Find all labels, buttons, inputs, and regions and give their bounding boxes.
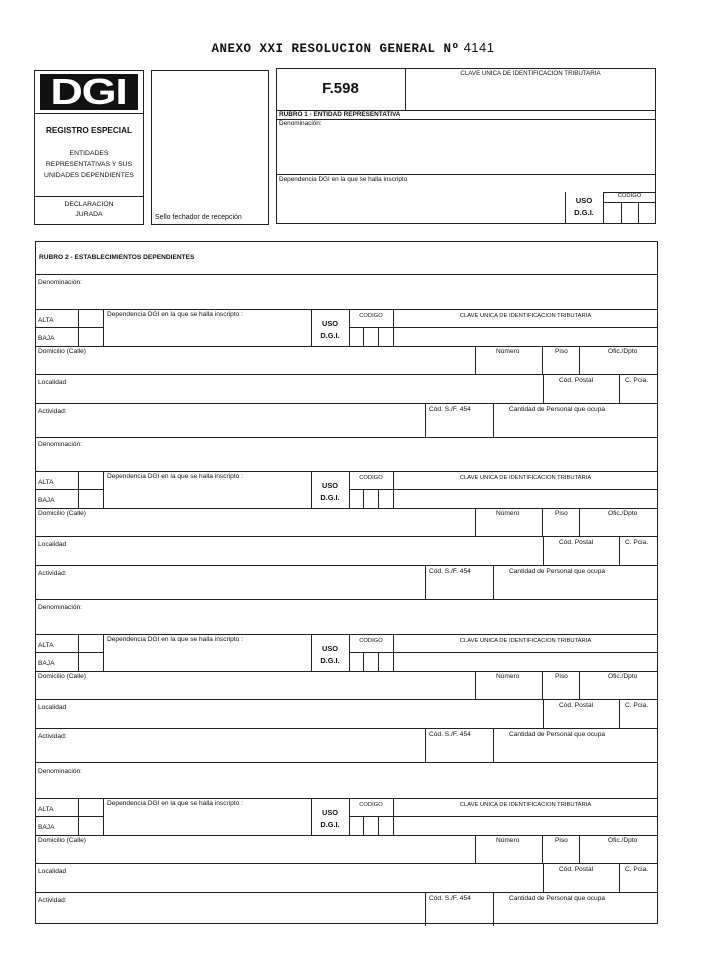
denominacion-label: Denominación: — [38, 441, 82, 448]
cuit-input[interactable] — [397, 329, 656, 346]
divider — [543, 374, 544, 403]
numero-input[interactable] — [479, 519, 543, 537]
establishment-block-4: Denominación: ALTA BAJA Dependencia DGI … — [35, 764, 658, 928]
divider — [35, 728, 658, 729]
numero-label: Número — [496, 348, 519, 355]
personal-label: Cantidad de Personal que ocupa — [509, 895, 605, 902]
actividad-input[interactable] — [39, 740, 423, 758]
codigo-label: CODIGO — [349, 475, 393, 481]
divider — [475, 346, 476, 374]
divider — [493, 565, 494, 599]
establishment-block-2: Denominación: ALTA BAJA Dependencia DGI … — [35, 437, 658, 601]
localidad-input[interactable] — [39, 710, 543, 728]
personal-input[interactable] — [497, 578, 656, 596]
divider — [34, 113, 144, 114]
numero-label: Número — [496, 510, 519, 517]
divider — [475, 508, 476, 536]
divider — [349, 816, 658, 817]
denominacion-label: Denominación: — [38, 768, 82, 775]
denominacion-input[interactable] — [39, 289, 655, 309]
domicilio-input[interactable] — [39, 682, 473, 700]
personal-input[interactable] — [497, 416, 656, 434]
divider — [542, 508, 543, 536]
codigo-label: CODIGO — [349, 313, 393, 319]
divider — [35, 892, 658, 893]
cod-sf-input[interactable] — [428, 905, 494, 923]
divider — [475, 671, 476, 699]
rubro1-denominacion-label: Denominación: — [279, 120, 322, 127]
cod-postal-label: Cód. Postal — [559, 377, 593, 384]
domicilio-label: Domicilio (Calle) — [38, 673, 86, 680]
title-prefix: ANEXO XXI RESOLUCION GENERAL Nº — [212, 42, 460, 56]
piso-input[interactable] — [545, 846, 581, 864]
divider — [35, 835, 658, 836]
dgi-label: D.G.I. — [311, 493, 349, 502]
cod-pcia-label: C. Pcia. — [625, 866, 648, 873]
divider — [493, 403, 494, 437]
divider — [35, 863, 658, 864]
cod-pcia-input[interactable] — [622, 548, 658, 565]
divider — [542, 346, 543, 374]
divider — [349, 489, 658, 490]
divider — [378, 327, 379, 346]
cod-postal-input[interactable] — [546, 711, 620, 728]
divider — [276, 119, 656, 120]
alta-checkbox[interactable] — [79, 472, 103, 489]
cod-postal-label: Cód. Postal — [559, 702, 593, 709]
divider — [378, 489, 379, 508]
divider — [35, 798, 658, 799]
dependencia-input[interactable] — [107, 647, 311, 671]
divider — [349, 327, 658, 328]
actividad-label: Actividad: — [38, 570, 67, 577]
divider — [579, 508, 580, 536]
divider — [363, 327, 364, 346]
divider — [35, 374, 658, 375]
personal-label: Cantidad de Personal que ocupa — [509, 568, 605, 575]
title-number: 4141 — [464, 40, 495, 55]
numero-label: Número — [496, 837, 519, 844]
divider — [103, 309, 104, 346]
domicilio-input[interactable] — [39, 846, 473, 864]
divider — [35, 471, 658, 472]
piso-input[interactable] — [545, 519, 581, 537]
divider — [425, 403, 426, 437]
divider — [35, 309, 658, 310]
rubro1-denominacion-input[interactable] — [280, 130, 654, 174]
divider — [638, 202, 639, 224]
alta-checkbox[interactable] — [79, 799, 103, 816]
rubro1-dependencia-input[interactable] — [280, 188, 564, 220]
divider — [542, 835, 543, 863]
actividad-label: Actividad: — [38, 897, 67, 904]
cod-sf-label: Cód. S./F. 454 — [429, 895, 471, 902]
document-title: ANEXO XXI RESOLUCION GENERAL Nº4141 — [0, 40, 706, 56]
rubro2-heading: RUBRO 2 - ESTABLECIMIENTOS DEPENDIENTES — [39, 254, 194, 261]
numero-label: Número — [496, 673, 519, 680]
cuit-input[interactable] — [397, 491, 656, 508]
alta-label: ALTA — [38, 317, 54, 324]
dependencia-label: Dependencia DGI en la que se halla inscr… — [107, 473, 243, 480]
cod-sf-input[interactable] — [428, 741, 494, 759]
divider — [35, 508, 658, 509]
divider — [543, 863, 544, 892]
divider — [619, 699, 620, 728]
uso-label: USO — [311, 808, 349, 817]
divider — [35, 699, 658, 700]
divider — [35, 536, 658, 537]
baja-label: BAJA — [38, 660, 55, 667]
denominacion-input[interactable] — [39, 778, 655, 798]
piso-label: Piso — [555, 510, 568, 517]
divider — [425, 728, 426, 762]
baja-label: BAJA — [38, 824, 55, 831]
cod-postal-input[interactable] — [546, 386, 620, 403]
cod-postal-input[interactable] — [546, 548, 620, 565]
divider — [619, 863, 620, 892]
rubro1-codigo-label: CODIGO — [603, 193, 656, 199]
actividad-input[interactable] — [39, 577, 423, 595]
piso-label: Piso — [555, 673, 568, 680]
baja-label: BAJA — [38, 497, 55, 504]
oficina-label: Ofic./Dpto — [608, 348, 637, 355]
oficina-label: Ofic./Dpto — [608, 673, 637, 680]
declaration-line-2: JURADA — [34, 211, 144, 218]
denominacion-label: Denominación: — [38, 279, 82, 286]
divider — [603, 202, 656, 203]
cuit-input[interactable] — [397, 818, 656, 835]
numero-input[interactable] — [479, 682, 543, 700]
divider — [363, 652, 364, 671]
divider — [619, 374, 620, 403]
baja-checkbox[interactable] — [79, 490, 103, 507]
personal-label: Cantidad de Personal que ocupa — [509, 731, 605, 738]
numero-input[interactable] — [479, 846, 543, 864]
denominacion-input[interactable] — [39, 451, 655, 471]
piso-label: Piso — [555, 837, 568, 844]
cod-sf-input[interactable] — [428, 416, 494, 434]
cod-sf-label: Cód. S./F. 454 — [429, 731, 471, 738]
personal-label: Cantidad de Personal que ocupa — [509, 406, 605, 413]
dependencia-input[interactable] — [107, 322, 311, 346]
dependencia-input[interactable] — [107, 811, 311, 835]
uso-label: USO — [311, 319, 349, 328]
cuit-label: CLAVE UNICA DE IDENTIFICACION TRIBUTARIA — [393, 638, 658, 644]
establishment-block-3: Denominación: ALTA BAJA Dependencia DGI … — [35, 600, 658, 764]
divider — [493, 728, 494, 762]
cuit-label: CLAVE UNICA DE IDENTIFICACION TRIBUTARIA — [393, 313, 658, 319]
divider — [363, 489, 364, 508]
cod-pcia-label: C. Pcia. — [625, 377, 648, 384]
divider — [425, 565, 426, 599]
divider — [35, 762, 658, 763]
divider — [579, 346, 580, 374]
codigo-label: CODIGO — [349, 638, 393, 644]
localidad-input[interactable] — [39, 547, 543, 565]
establishment-block-1: Denominación: ALTA BAJA Dependencia DGI … — [35, 275, 658, 439]
dependencia-input[interactable] — [107, 484, 311, 508]
divider — [543, 536, 544, 565]
domicilio-label: Domicilio (Calle) — [38, 348, 86, 355]
cod-pcia-input[interactable] — [622, 875, 658, 892]
divider — [276, 174, 656, 175]
cod-pcia-label: C. Pcia. — [625, 539, 648, 546]
divider — [579, 671, 580, 699]
cuit-label: CLAVE UNICA DE IDENTIFICACION TRIBUTARIA — [393, 802, 658, 808]
divider — [543, 699, 544, 728]
cod-pcia-label: C. Pcia. — [625, 702, 648, 709]
personal-input[interactable] — [497, 905, 656, 923]
dependencia-label: Dependencia DGI en la que se halla inscr… — [107, 311, 243, 318]
baja-checkbox[interactable] — [79, 817, 103, 834]
cuit-input[interactable] — [397, 654, 656, 671]
divider — [35, 403, 658, 404]
rubro1-heading: RUBRO 1 - ENTIDAD REPRESENTATIVA — [279, 111, 400, 118]
oficina-input[interactable] — [583, 682, 657, 700]
divider — [425, 892, 426, 926]
oficina-input[interactable] — [583, 519, 657, 537]
cuit-input[interactable] — [410, 82, 654, 108]
cod-postal-input[interactable] — [546, 875, 620, 892]
divider — [475, 835, 476, 863]
divider — [621, 202, 622, 224]
piso-input[interactable] — [545, 682, 581, 700]
domicilio-input[interactable] — [39, 357, 473, 375]
domicilio-label: Domicilio (Calle) — [38, 510, 86, 517]
divider — [363, 816, 364, 835]
uso-label: USO — [311, 644, 349, 653]
cuit-label: CLAVE UNICA DE IDENTIFICACION TRIBUTARIA — [393, 475, 658, 481]
baja-label: BAJA — [38, 335, 55, 342]
divider — [378, 652, 379, 671]
actividad-label: Actividad: — [38, 408, 67, 415]
cod-sf-label: Cód. S./F. 454 — [429, 568, 471, 575]
oficina-input[interactable] — [583, 846, 657, 864]
registry-subtitle-1: ENTIDADES — [34, 150, 144, 157]
baja-checkbox[interactable] — [79, 328, 103, 345]
divider — [103, 798, 104, 835]
dependencia-label: Dependencia DGI en la que se halla inscr… — [107, 636, 243, 643]
registry-title: REGISTRO ESPECIAL — [34, 126, 144, 135]
divider — [619, 536, 620, 565]
divider — [34, 196, 144, 197]
stamp-label: Sello fechador de recepción — [155, 214, 242, 221]
form-code: F.598 — [276, 80, 405, 97]
registry-subtitle-2: REPRESENTATIVAS Y SUS — [34, 161, 144, 168]
divider — [35, 634, 658, 635]
oficina-label: Ofic./Dpto — [608, 837, 637, 844]
localidad-input[interactable] — [39, 385, 543, 403]
codigo-label: CODIGO — [349, 802, 393, 808]
divider — [349, 652, 658, 653]
alta-checkbox[interactable] — [79, 310, 103, 327]
dependencia-label: Dependencia DGI en la que se halla inscr… — [107, 800, 243, 807]
oficina-label: Ofic./Dpto — [608, 510, 637, 517]
baja-checkbox[interactable] — [79, 653, 103, 670]
cuit-label: CLAVE UNICA DE IDENTIFICACION TRIBUTARIA — [405, 70, 656, 77]
piso-label: Piso — [555, 348, 568, 355]
numero-input[interactable] — [479, 357, 543, 375]
piso-input[interactable] — [545, 357, 581, 375]
actividad-input[interactable] — [39, 904, 423, 922]
cod-sf-input[interactable] — [428, 578, 494, 596]
divider — [378, 816, 379, 835]
cod-postal-label: Cód. Postal — [559, 539, 593, 546]
divider — [103, 634, 104, 671]
rubro1-uso-label: USO — [565, 196, 603, 205]
personal-input[interactable] — [497, 741, 656, 759]
denominacion-label: Denominación: — [38, 604, 82, 611]
alta-label: ALTA — [38, 479, 54, 486]
dgi-label: D.G.I. — [311, 820, 349, 829]
domicilio-input[interactable] — [39, 519, 473, 537]
dgi-label: D.G.I. — [311, 331, 349, 340]
divider — [493, 892, 494, 926]
cod-pcia-input[interactable] — [622, 711, 658, 728]
actividad-input[interactable] — [39, 415, 423, 433]
rubro1-dgi-label: D.G.I. — [565, 208, 603, 217]
registry-subtitle-3: UNIDADES DEPENDIENTES — [34, 172, 144, 179]
oficina-input[interactable] — [583, 357, 657, 375]
divider — [35, 565, 658, 566]
alta-label: ALTA — [38, 806, 54, 813]
rubro1-dependencia-label: Dependencia DGI en la que se halla inscr… — [279, 176, 407, 183]
divider — [103, 471, 104, 508]
cod-postal-label: Cód. Postal — [559, 866, 593, 873]
divider — [542, 671, 543, 699]
reception-stamp-box — [151, 70, 269, 225]
cod-sf-label: Cód. S./F. 454 — [429, 406, 471, 413]
denominacion-input[interactable] — [39, 614, 655, 634]
domicilio-label: Domicilio (Calle) — [38, 837, 86, 844]
uso-label: USO — [311, 481, 349, 490]
divider — [579, 835, 580, 863]
divider — [35, 346, 658, 347]
alta-label: ALTA — [38, 642, 54, 649]
divider — [35, 671, 658, 672]
cod-pcia-input[interactable] — [622, 386, 658, 403]
dgi-label: D.G.I. — [311, 656, 349, 665]
localidad-input[interactable] — [39, 874, 543, 892]
actividad-label: Actividad: — [38, 733, 67, 740]
alta-checkbox[interactable] — [79, 635, 103, 652]
declaration-line-1: DECLARACION — [34, 201, 144, 208]
dgi-logo: DGI — [40, 74, 138, 110]
